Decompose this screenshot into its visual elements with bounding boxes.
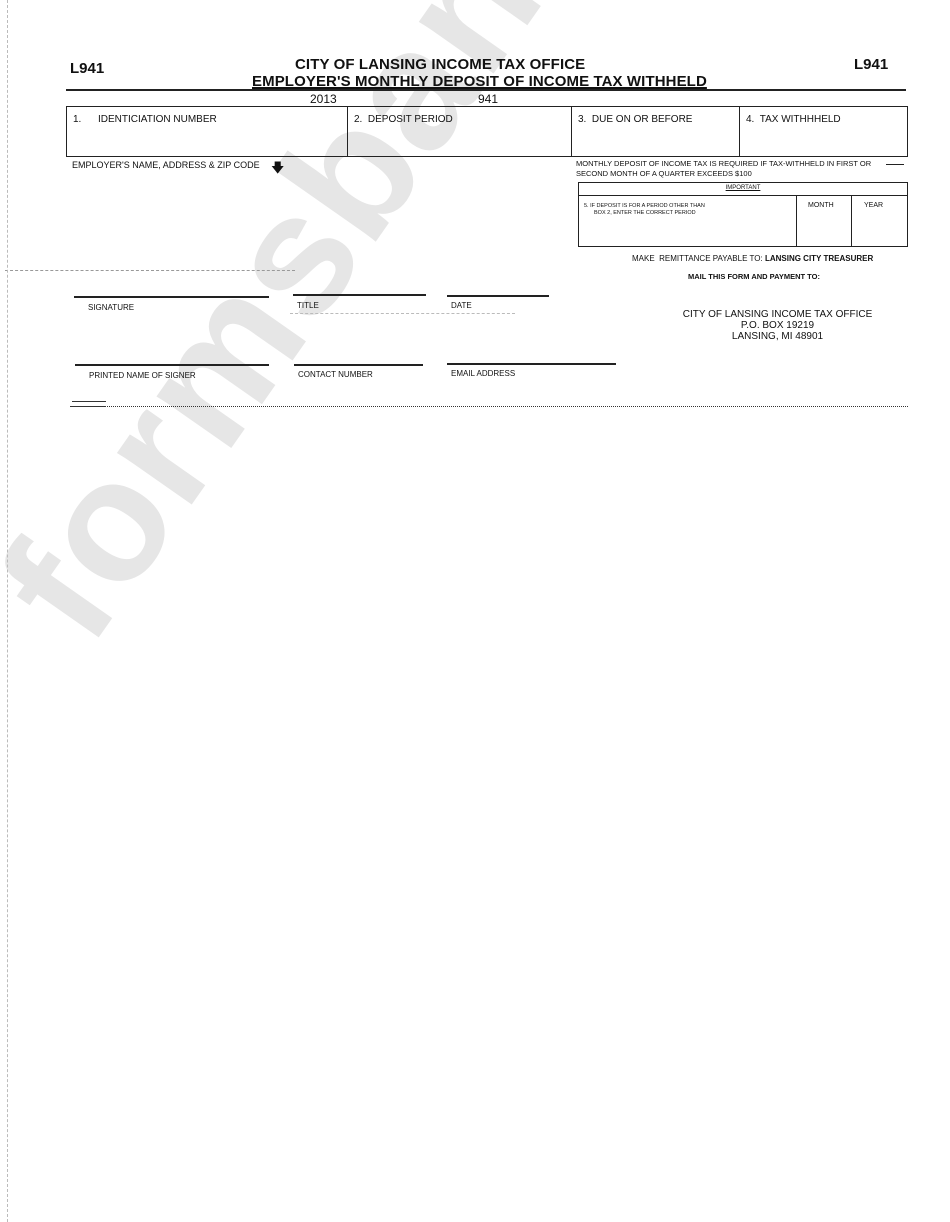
- remittance-payable: MAKE REMITTANCE PAYABLE TO: LANSING CITY…: [632, 254, 873, 263]
- form-code-left: L941: [70, 60, 104, 77]
- notice-line-1: MONTHLY DEPOSIT OF INCOME TAX IS REQUIRE…: [576, 159, 871, 169]
- month-field[interactable]: MONTH: [796, 195, 851, 246]
- due-date-label: 3. DUE ON OR BEFORE: [578, 114, 692, 125]
- printed-name-label: PRINTED NAME OF SIGNER: [89, 371, 196, 380]
- employer-address-label: EMPLOYER'S NAME, ADDRESS & ZIP CODE: [72, 160, 260, 170]
- identification-number-label: 1. IDENTICIATION NUMBER: [73, 114, 217, 125]
- signature-line[interactable]: [74, 296, 269, 298]
- employer-address-field[interactable]: [70, 178, 550, 258]
- form-number: 941: [478, 92, 498, 106]
- tax-withheld-label: 4. TAX WITHHHELD: [746, 114, 841, 125]
- office-title: CITY OF LANSING INCOME TAX OFFICE: [295, 56, 585, 73]
- identification-number-field[interactable]: 1. IDENTICIATION NUMBER: [67, 107, 348, 156]
- instruction-line-2: BOX 2, ENTER THE CORRECT PERIOD: [584, 210, 705, 217]
- form-title: EMPLOYER'S MONTHLY DEPOSIT OF INCOME TAX…: [252, 73, 707, 90]
- due-date-field[interactable]: 3. DUE ON OR BEFORE: [572, 107, 740, 156]
- notice-dash: [886, 164, 904, 165]
- year-label: YEAR: [864, 202, 883, 209]
- form-year: 2013: [310, 92, 337, 106]
- form-code-right: L941: [854, 56, 888, 73]
- contact-number-line[interactable]: [294, 364, 423, 366]
- correct-period-instruction: 5. IF DEPOSIT IS FOR A PERIOD OTHER THAN…: [584, 203, 705, 217]
- date-label: DATE: [451, 301, 472, 310]
- date-line[interactable]: [447, 295, 549, 297]
- signature-label: SIGNATURE: [88, 303, 134, 312]
- page-edge: [7, 0, 8, 1222]
- contact-number-label: CONTACT NUMBER: [298, 370, 373, 379]
- email-address-line[interactable]: [447, 363, 616, 365]
- mail-to-label: MAIL THIS FORM AND PAYMENT TO:: [688, 272, 820, 281]
- important-box: IMPORTANT 5. IF DEPOSIT IS FOR A PERIOD …: [578, 182, 908, 247]
- monthly-deposit-notice: MONTHLY DEPOSIT OF INCOME TAX IS REQUIRE…: [576, 159, 871, 179]
- cut-line: [70, 406, 908, 407]
- tax-withheld-field[interactable]: 4. TAX WITHHHELD: [740, 107, 907, 156]
- month-label: MONTH: [808, 202, 834, 209]
- deposit-period-field[interactable]: 2. DEPOSIT PERIOD: [348, 107, 572, 156]
- header-rule: [66, 89, 906, 91]
- year-field[interactable]: YEAR: [851, 195, 907, 246]
- printed-name-line[interactable]: [75, 364, 269, 366]
- address-line-2: P.O. BOX 19219: [680, 320, 875, 331]
- title-label: TITLE: [297, 301, 319, 310]
- address-line-3: LANSING, MI 48901: [680, 331, 875, 342]
- deposit-period-label: 2. DEPOSIT PERIOD: [354, 114, 453, 125]
- faint-dotted-rule: [290, 313, 515, 314]
- down-arrow-icon: 🡇: [271, 161, 284, 174]
- payable-prefix: MAKE REMITTANCE PAYABLE TO:: [632, 254, 763, 263]
- scan-artifact-rule: [5, 270, 295, 271]
- payable-to: LANSING CITY TREASURER: [765, 254, 873, 263]
- mailing-address: CITY OF LANSING INCOME TAX OFFICE P.O. B…: [680, 309, 875, 342]
- address-line-1: CITY OF LANSING INCOME TAX OFFICE: [680, 309, 875, 320]
- identification-boxes: 1. IDENTICIATION NUMBER 2. DEPOSIT PERIO…: [66, 106, 908, 157]
- instruction-line-1: 5. IF DEPOSIT IS FOR A PERIOD OTHER THAN: [584, 203, 705, 210]
- email-address-label: EMAIL ADDRESS: [451, 369, 515, 378]
- title-line[interactable]: [293, 294, 426, 296]
- notice-line-2: SECOND MONTH OF A QUARTER EXCEEDS $100: [576, 169, 871, 179]
